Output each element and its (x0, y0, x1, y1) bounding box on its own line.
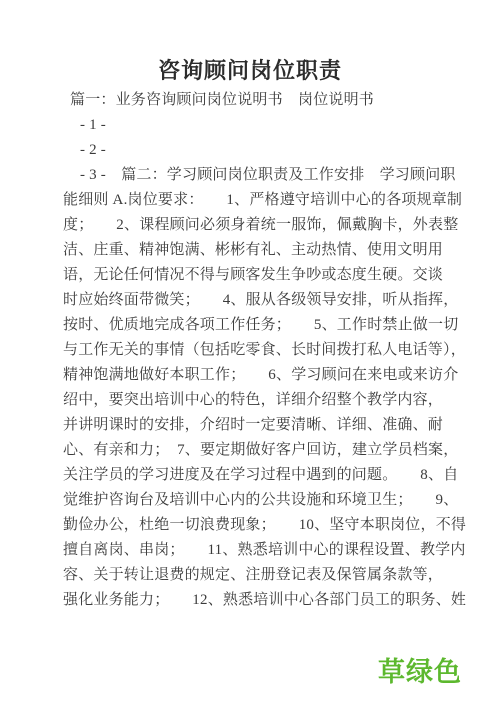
body-line: 能细则 A.岗位要求： 1、严格遵守培训中心的各项规章制 (63, 188, 463, 213)
body-line: 按时、优质地完成各项工作任务； 5、工作时禁止做一切 (63, 313, 463, 338)
document-title: 咨询顾问岗位职责 (0, 54, 500, 85)
body-line: 并讲明课时的安排，介绍时一定要清晰、详细、准确、耐 (63, 413, 463, 438)
body-line: 觉维护咨询台及培训中心内的公共设施和环境卫生； 9、 (63, 488, 463, 513)
body-line: 强化业务能力； 12、熟悉培训中心各部门员工的职务、姓 (63, 588, 463, 613)
body-line: - 1 - (63, 113, 463, 138)
body-line: - 3 - 篇二：学习顾问岗位职责及工作安排 学习顾问职 (63, 163, 463, 188)
watermark-text: 草绿色 (378, 650, 462, 689)
body-line: 精神饱满地做好本职工作； 6、学习顾问在来电或来访介 (63, 363, 463, 388)
body-line: 勤俭办公，杜绝一切浪费现象； 10、坚守本职岗位，不得 (63, 513, 463, 538)
body-line: 容、关于转让退费的规定、注册登记表及保管属条款等， (63, 563, 463, 588)
body-line: 擅自离岗、串岗； 11、熟悉培训中心的课程设置、教学内 (63, 538, 463, 563)
body-line: 关注学员的学习进度及在学习过程中遇到的问题。 8、自 (63, 463, 463, 488)
document-body: 篇一：业务咨询顾问岗位说明书 岗位说明书 - 1 - - 2 - - 3 - 篇… (63, 88, 463, 613)
body-line: 心、有亲和力； 7、要定期做好客户回访，建立学员档案， (63, 438, 463, 463)
body-line: 篇一：业务咨询顾问岗位说明书 岗位说明书 (63, 88, 463, 113)
body-line: 绍中，要突出培训中心的特色，详细介绍整个教学内容， (63, 388, 463, 413)
body-line: 度； 2、课程顾问必须身着统一服饰，佩戴胸卡，外表整 (63, 213, 463, 238)
body-line: 洁、庄重、精神饱满、彬彬有礼、主动热情、使用文明用 (63, 238, 463, 263)
body-line: - 2 - (63, 138, 463, 163)
document-page: 咨询顾问岗位职责 篇一：业务咨询顾问岗位说明书 岗位说明书 - 1 - - 2 … (0, 0, 500, 707)
body-line: 语，无论任何情况不得与顾客发生争吵或态度生硬。交谈 (63, 263, 463, 288)
body-line: 与工作无关的事情（包括吃零食、长时间拨打私人电话等）， (63, 338, 463, 363)
body-line: 时应始终面带微笑； 4、服从各级领导安排，听从指挥， (63, 288, 463, 313)
